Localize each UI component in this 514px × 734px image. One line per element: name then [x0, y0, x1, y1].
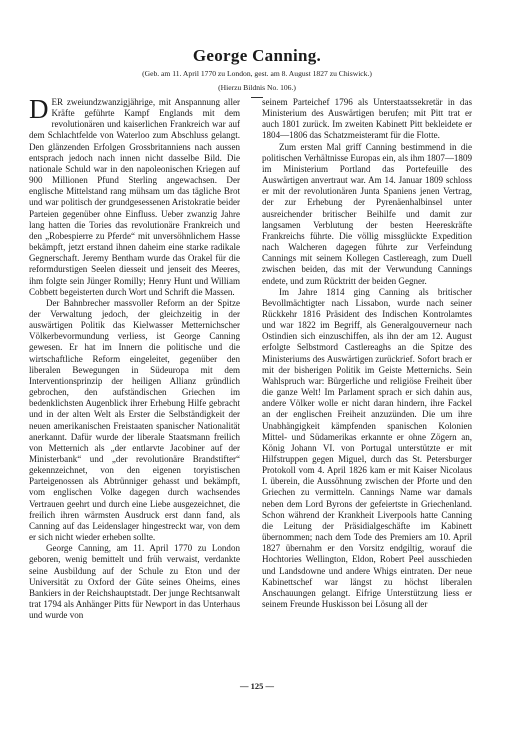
paragraph: seinem Parteichef 1796 als Unterstaatsse…: [262, 97, 472, 142]
article-header: George Canning. (Geb. am 11. April 1770 …: [0, 46, 514, 98]
paragraph: George Canning, am 11. April 1770 zu Lon…: [29, 543, 240, 621]
paragraph: Zum ersten Mal griff Canning bestimmend …: [262, 142, 472, 287]
paragraph: DER zweiundzwanzigjährige, mit Anspannun…: [29, 97, 240, 298]
paragraph: Im Jahre 1814 ging Canning als britische…: [262, 287, 472, 611]
paragraph: Der Bahnbrecher massvoller Reform an der…: [29, 298, 240, 543]
plate-reference: (Hierzu Bildnis No. 106.): [0, 82, 514, 93]
article-title: George Canning.: [0, 46, 514, 66]
left-column: DER zweiundzwanzigjährige, mit Anspannun…: [29, 97, 240, 621]
life-dates: (Geb. am 11. April 1770 zu London, gest.…: [0, 68, 514, 79]
page-number: — 125 —: [0, 681, 514, 691]
right-column: seinem Parteichef 1796 als Unterstaatsse…: [262, 97, 472, 610]
paragraph-text: ER zweiundzwanzigjährige, mit Anspannung…: [29, 97, 240, 297]
drop-cap: D: [29, 98, 49, 120]
